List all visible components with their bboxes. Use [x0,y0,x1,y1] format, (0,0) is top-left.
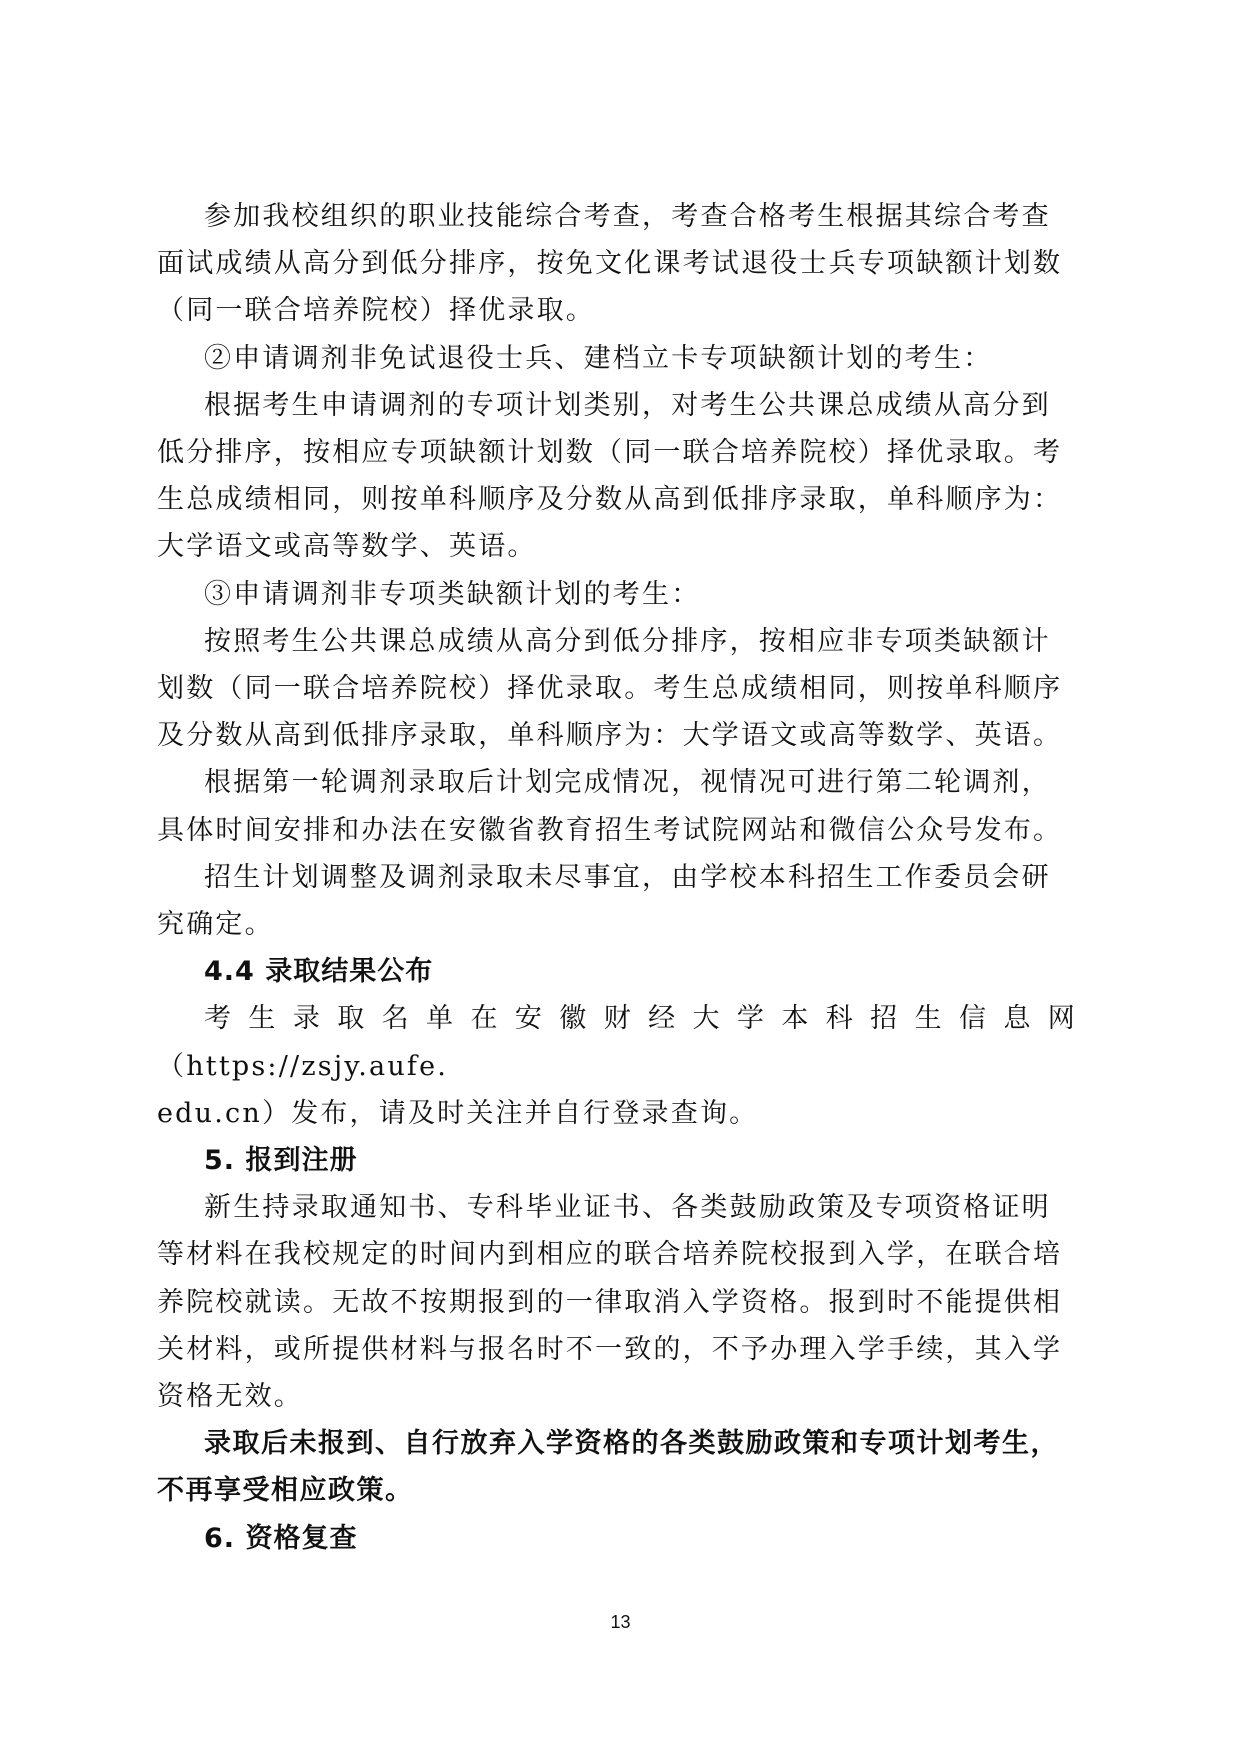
text-line-with-link[interactable]: edu.cn）发布，请及时关注并自行登录查询。 [157,1098,758,1129]
section-heading-4-4: 4.4 录取结果公布 [157,948,1077,995]
text-line: 究确定。 [157,909,274,940]
paragraph-results-publication: 考生录取名单在安徽财经大学本科招生信息网（https://zsjy.aufe. … [157,995,1077,1137]
heading-text: 5. 报到注册 [204,1145,357,1176]
text-line: 等材料在我校规定的时间内到相应的联合培养院校报到入学，在联合培 [157,1239,1062,1270]
document-body: 参加我校组织的职业技能综合考查，考查合格考生根据其综合考查 面试成绩从高分到低分… [157,193,1077,1562]
paragraph-registration: 新生持录取通知书、专科毕业证书、各类鼓励政策及专项资格证明 等材料在我校规定的时… [157,1184,1077,1420]
section-heading-5: 5. 报到注册 [157,1137,1077,1184]
paragraph-policy-notice-bold: 录取后未报到、自行放弃入学资格的各类鼓励政策和专项计划考生， 不再享受相应政策。 [157,1420,1077,1514]
page-number: 13 [0,1612,1241,1633]
paragraph-item-3-body: 按照考生公共课总成绩从高分到低分排序，按相应非专项类缺额计 划数（同一联合培养院… [157,618,1077,760]
text-line: 面试成绩从高分到低分排序，按免文化课考试退役士兵专项缺额计划数 [157,248,1062,279]
heading-text: 6. 资格复查 [204,1523,357,1554]
paragraph-interview-ranking: 参加我校组织的职业技能综合考查，考查合格考生根据其综合考查 面试成绩从高分到低分… [157,193,1077,335]
text-line: ③申请调剂非专项类缺额计划的考生： [204,579,700,610]
text-line: 根据考生申请调剂的专项计划类别，对考生公共课总成绩从高分到 [204,390,1051,421]
text-line: 新生持录取通知书、专科毕业证书、各类鼓励政策及专项资格证明 [204,1192,1051,1223]
text-line: 参加我校组织的职业技能综合考查，考查合格考生根据其综合考查 [204,201,1051,232]
text-line: 低分排序，按相应专项缺额计划数（同一联合培养院校）择优录取。考 [157,437,1062,468]
paragraph-unresolved-matters: 招生计划调整及调剂录取未尽事宜，由学校本科招生工作委员会研 究确定。 [157,854,1077,948]
text-line: 生总成绩相同，则按单科顺序及分数从高到低排序录取，单科顺序为： [157,484,1062,515]
text-line-with-link[interactable]: 考生录取名单在安徽财经大学本科招生信息网（https://zsjy.aufe. [157,1003,1077,1081]
section-heading-6: 6. 资格复查 [157,1515,1077,1562]
text-line: 按照考生公共课总成绩从高分到低分排序，按相应非专项类缺额计 [204,626,1051,657]
text-line: 划数（同一联合培养院校）择优录取。考生总成绩相同，则按单科顺序 [157,673,1062,704]
paragraph-item-2-body: 根据考生申请调剂的专项计划类别，对考生公共课总成绩从高分到 低分排序，按相应专项… [157,382,1077,571]
text-line: 招生计划调整及调剂录取未尽事宜，由学校本科招生工作委员会研 [204,862,1051,893]
text-line: 根据第一轮调剂录取后计划完成情况，视情况可进行第二轮调剂， [204,767,1051,798]
paragraph-item-2-title: ②申请调剂非免试退役士兵、建档立卡专项缺额计划的考生： [157,335,1077,382]
text-line: 养院校就读。无故不按期报到的一律取消入学资格。报到时不能提供相 [157,1287,1062,1318]
text-line: （同一联合培养院校）择优录取。 [157,295,595,326]
text-line: ②申请调剂非免试退役士兵、建档立卡专项缺额计划的考生： [204,343,992,374]
text-line: 及分数从高到低排序录取，单科顺序为：大学语文或高等数学、英语。 [157,720,1062,751]
text-line: 关材料，或所提供材料与报名时不一致的，不予办理入学手续，其入学 [157,1334,1062,1365]
heading-text: 4.4 录取结果公布 [204,956,433,987]
paragraph-item-3-title: ③申请调剂非专项类缺额计划的考生： [157,571,1077,618]
paragraph-second-round: 根据第一轮调剂录取后计划完成情况，视情况可进行第二轮调剂， 具体时间安排和办法在… [157,759,1077,853]
text-line: 录取后未报到、自行放弃入学资格的各类鼓励政策和专项计划考生， [204,1428,1059,1459]
text-line: 不再享受相应政策。 [157,1475,414,1506]
text-line: 具体时间安排和办法在安徽省教育招生考试院网站和微信公众号发布。 [157,815,1062,846]
text-line: 大学语文或高等数学、英语。 [157,531,537,562]
text-line: 资格无效。 [157,1381,303,1412]
